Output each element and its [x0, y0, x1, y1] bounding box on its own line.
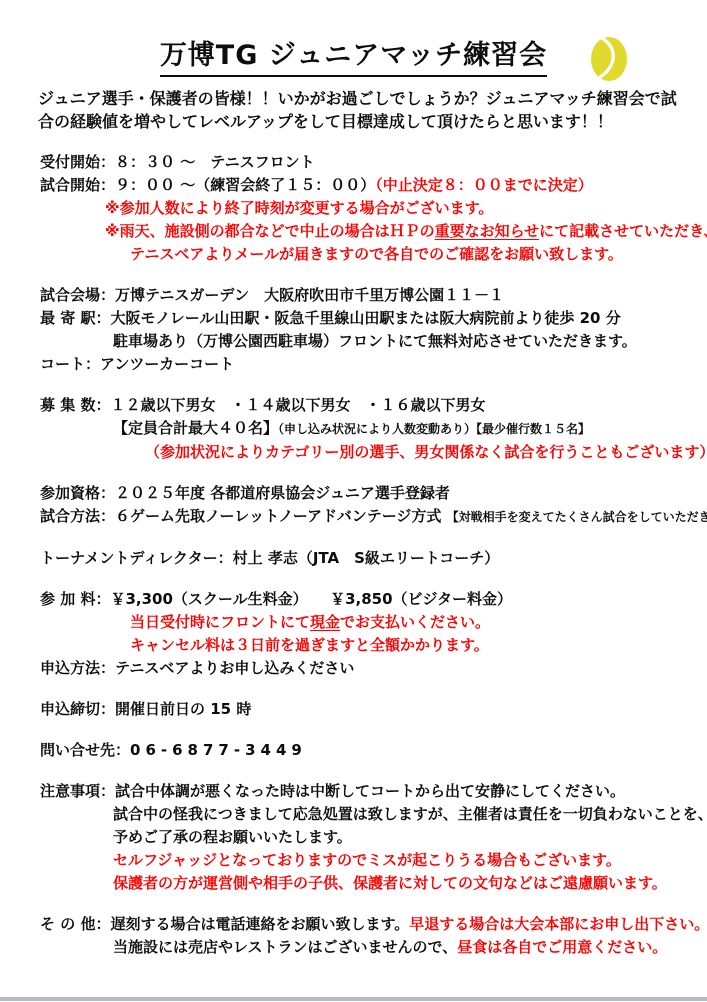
text-run: そ の 他：遅刻する場合は電話連絡をお願い致します。	[40, 915, 409, 933]
doc-line: 問い合せ先：06-6877-3449	[0, 739, 707, 762]
doc-line: 試合方法：６ゲーム先取ノーレットノーアドバンテージ方式 【対戦相手を変えてたくさ…	[0, 505, 707, 529]
doc-line: 参加資格：２０２５年度 各都道府県協会ジュニア選手登録者	[0, 482, 707, 505]
text-run: にて記載させていただき、	[539, 222, 707, 240]
doc-line: 最 寄 駅：大阪モノレール山田駅・阪急千里線山田駅または阪大病院前より徒歩 20…	[0, 307, 707, 330]
text-run: キャンセル料は３日前を過ぎますと全額かかります。	[130, 636, 489, 654]
doc-line: 注意事項：試合中体調が悪くなった時は中断してコートから出て安静にしてください。	[0, 780, 707, 803]
text-run: 試合会場：万博テニスガーデン 大阪府吹田市千里万博公園１１－１	[40, 286, 504, 304]
document-header: 万博TG ジュニアマッチ練習会	[0, 0, 707, 77]
text-run: 最 寄 駅：大阪モノレール山田駅・阪急千里線山田駅または阪大病院前より徒歩 20…	[40, 309, 621, 327]
doc-line: 申込締切：開催日前日の 15 時	[0, 698, 707, 721]
text-run: （申し込み状況により人数変動あり）【最少催行数１５名】	[278, 422, 590, 436]
text-run: 昼食は各自でご用意ください。	[457, 938, 667, 956]
text-run: 予めご了承の程お願いいたします。	[113, 828, 352, 846]
text-run: ※参加人数により終了時刻が変更する場合がございます。	[105, 199, 493, 217]
doc-line: （参加状況によりカテゴリー別の選手、男女関係なく試合を行うこともございます）	[0, 441, 707, 464]
text-run: 申込締切：開催日前日の 15 時	[40, 700, 251, 718]
text-run: （参加状況によりカテゴリー別の選手、男女関係なく試合を行うこともございます）	[145, 443, 707, 461]
text-run: 問い合せ先：	[40, 741, 130, 759]
text-run: 当日受付時にフロントにて	[130, 613, 310, 631]
doc-line: セルフジャッジとなっておりますのでミスが起こりうる場合もございます。	[0, 849, 707, 872]
tennis-ball-icon	[590, 36, 628, 82]
doc-line: 駐車場あり（万博公園西駐車場）フロントにて無料対応させていただきます。	[0, 330, 707, 353]
doc-line: 保護者の方が運営側や相手の子供、保護者に対しての文句などはご遠慮願います。	[0, 872, 707, 895]
text-run: 駐車場あり（万博公園西駐車場）フロントにて無料対応させていただきます。	[113, 332, 637, 350]
doc-line: トーナメントディレクター：村上 孝志（JTA S級エリートコーチ）	[0, 547, 707, 570]
text-run: セルフジャッジとなっておりますのでミスが起こりうる場合もございます。	[113, 851, 621, 869]
text-run: 現金	[310, 613, 340, 631]
text-run: 参加資格：２０２５年度 各都道府県協会ジュニア選手登録者	[40, 484, 450, 502]
text-run: 参 加 料：￥3,300（スクール生料金） ￥3,850（ビジター料金）	[40, 590, 512, 608]
text-run: 募 集 数：１２歳以下男女 ・１４歳以下男女 ・１６歳以下男女	[40, 396, 485, 414]
text-run: 申込方法：テニスベアよりお申し込みください	[40, 659, 354, 677]
page-bottom-edge	[0, 997, 707, 1001]
text-run: 早退する場合は大会本部にお申し出下さい。	[409, 915, 707, 933]
doc-line: ※参加人数により終了時刻が変更する場合がございます。	[0, 197, 707, 220]
text-run: でお支払いください。	[340, 613, 490, 631]
doc-line: ※雨天、施設側の都合などで中止の場合はＨＰの重要なお知らせにて記載させていただき…	[0, 220, 707, 243]
text-run: 重要なお知らせ	[435, 222, 540, 240]
text-run: テニスベアよりメールが届きますので各自でのご確認をお願い致します。	[130, 245, 623, 263]
text-run: 【対戦相手を変えてたくさん試合をしていただきます】	[447, 510, 707, 524]
doc-line: キャンセル料は３日前を過ぎますと全額かかります。	[0, 634, 707, 657]
doc-line: 【定員合計最大４０名】（申し込み状況により人数変動あり）【最少催行数１５名】	[0, 417, 707, 441]
text-run: 受付開始：８：３０ ～ テニスフロント	[40, 153, 315, 171]
text-run: 保護者の方が運営側や相手の子供、保護者に対しての文句などはご遠慮願います。	[113, 874, 667, 892]
text-run: ※雨天、施設側の都合などで中止の場合はＨＰの	[105, 222, 435, 240]
doc-line: 参 加 料：￥3,300（スクール生料金） ￥3,850（ビジター料金）	[0, 588, 707, 611]
doc-line: 受付開始：８：３０ ～ テニスフロント	[0, 151, 707, 174]
doc-line: 当施設には売店やレストランはございませんので、昼食は各自でご用意ください。	[0, 936, 707, 959]
text-run: 【定員合計最大４０名】	[113, 419, 278, 437]
doc-line: 当日受付時にフロントにて現金でお支払いください。	[0, 611, 707, 634]
text-run: 注意事項：試合中体調が悪くなった時は中断してコートから出て安静にしてください。	[40, 782, 625, 800]
document-page: 万博TG ジュニアマッチ練習会 ジュニア選手・保護者の皆様！！いかがお過ごしでし…	[0, 0, 707, 1002]
doc-line: 予めご了承の程お願いいたします。	[0, 826, 707, 849]
text-run: トーナメントディレクター：村上 孝志（JTA S級エリートコーチ）	[40, 549, 499, 567]
doc-line: そ の 他：遅刻する場合は電話連絡をお願い致します。早退する場合は大会本部にお申…	[0, 913, 707, 936]
doc-line: 試合中の怪我につきまして応急処置は致しますが、主催者は責任を一切負わないことを、	[0, 803, 707, 826]
text-run: 試合開始：９：００ ～（練習会終了１５：００）	[40, 176, 375, 194]
doc-line: テニスベアよりメールが届きますので各自でのご確認をお願い致します。	[0, 243, 707, 266]
doc-line: コート：アンツーカーコート	[0, 353, 707, 376]
document-body: 受付開始：８：３０ ～ テニスフロント試合開始：９：００ ～（練習会終了１５：０…	[0, 151, 707, 959]
doc-line: 試合会場：万博テニスガーデン 大阪府吹田市千里万博公園１１－１	[0, 284, 707, 307]
doc-line: 募 集 数：１２歳以下男女 ・１４歳以下男女 ・１６歳以下男女	[0, 394, 707, 417]
text-run: （中止決定８：００までに決定）	[375, 176, 593, 194]
text-run: 06-6877-3449	[130, 741, 307, 759]
doc-line: 申込方法：テニスベアよりお申し込みください	[0, 657, 707, 680]
text-run: コート：アンツーカーコート	[40, 355, 234, 373]
page-title: 万博TG ジュニアマッチ練習会	[160, 40, 547, 77]
text-run: 当施設には売店やレストランはございませんので、	[113, 938, 457, 956]
doc-line: 試合開始：９：００ ～（練習会終了１５：００）（中止決定８：００までに決定）	[0, 174, 707, 197]
text-run: 試合中の怪我につきまして応急処置は致しますが、主催者は責任を一切負わないことを、	[113, 805, 707, 823]
text-run: 試合方法：６ゲーム先取ノーレットノーアドバンテージ方式	[40, 507, 447, 525]
intro-paragraph: ジュニア選手・保護者の皆様！！いかがお過ごしでしょうか？ジュニアマッチ練習会で試…	[0, 87, 688, 133]
